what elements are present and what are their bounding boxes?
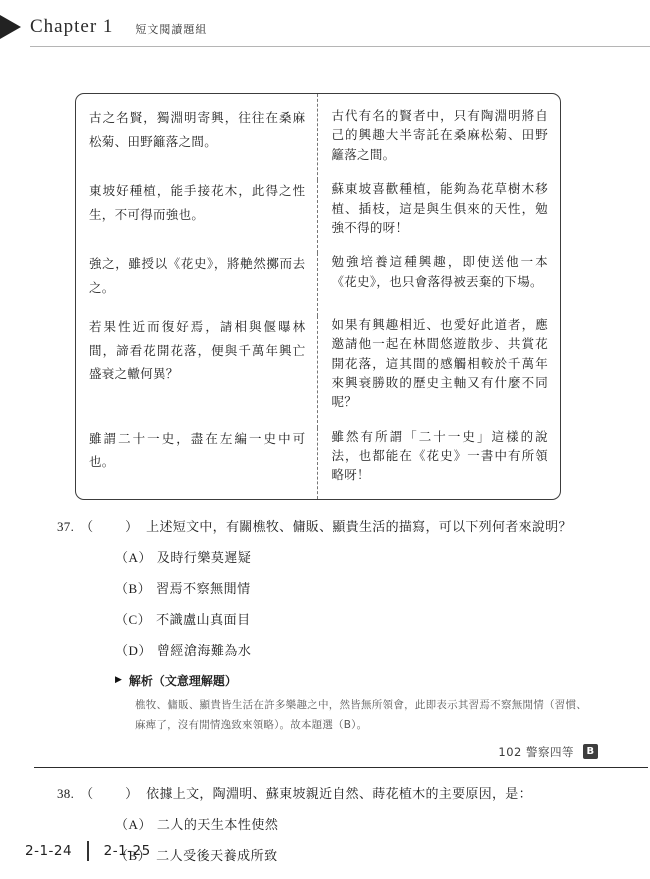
page-number-right: 2-1-25 bbox=[104, 843, 151, 859]
passage-classical: 東坡好種植，能手接花木，此得之性生，不可得而強也。 bbox=[76, 180, 318, 253]
passage-translation: 蘇東坡喜歡種植，能夠為花草樹木移植、插枝，這是與生俱來的天性，勉強不得的呀！ bbox=[318, 180, 560, 253]
option-label: （C） bbox=[115, 612, 151, 627]
passage-classical: 雖謂二十一史，盡在左編一史中可也。 bbox=[76, 428, 318, 499]
header-rule bbox=[30, 46, 650, 47]
option-label: （D） bbox=[115, 643, 152, 658]
option-label: （B） bbox=[115, 581, 151, 596]
passage-row: 雖謂二十一史，盡在左編一史中可也。 雖然有所謂「二十一史」這樣的說法，也都能在《… bbox=[76, 428, 560, 499]
analysis-body: 樵牧、傭販、顯貴皆生活在許多樂趣之中，然皆無所領會，此即表示其習焉不察無閒情（習… bbox=[135, 695, 587, 736]
question-stem-line: 38. （ ） 依據上文，陶淵明、蘇東坡親近自然、蒔花植木的主要原因，是： bbox=[57, 783, 598, 802]
option-label: （A） bbox=[115, 817, 152, 832]
section-divider bbox=[34, 767, 648, 768]
answer-blank: （ ） bbox=[80, 783, 140, 802]
option-b: （B）二人受後天養成所致 bbox=[115, 845, 598, 864]
option-a: （A）及時行樂莫遲疑 bbox=[115, 547, 598, 566]
option-text: 二人的天生本性使然 bbox=[157, 817, 279, 832]
passage-classical: 強之，雖授以《花史》，將艴然擲而去之。 bbox=[76, 253, 318, 316]
question-stem: 依據上文，陶淵明、蘇東坡親近自然、蒔花植木的主要原因，是： bbox=[146, 783, 532, 802]
passage-row: 東坡好種植，能手接花木，此得之性生，不可得而強也。 蘇東坡喜歡種植，能夠為花草樹… bbox=[76, 180, 560, 253]
chapter-label: Chapter 1 bbox=[30, 16, 113, 38]
analysis-title: 解析（文意理解題） bbox=[129, 672, 237, 689]
page-number-left: 2-1-24 bbox=[25, 843, 72, 859]
exam-source: 102 警察四等 bbox=[498, 744, 574, 760]
passage-translation: 雖然有所謂「二十一史」這樣的說法，也都能在《花史》一書中有所領略呀！ bbox=[318, 428, 560, 499]
question-stem: 上述短文中，有關樵牧、傭販、顯貴生活的描寫，可以下列何者來說明？ bbox=[146, 516, 572, 535]
option-text: 習焉不察無閒情 bbox=[156, 581, 251, 596]
option-label: （A） bbox=[115, 550, 152, 565]
chapter-arrow-icon bbox=[0, 15, 21, 39]
option-a: （A）二人的天生本性使然 bbox=[115, 814, 598, 833]
option-text: 不識盧山真面目 bbox=[156, 612, 251, 627]
question-stem-line: 37. （ ） 上述短文中，有關樵牧、傭販、顯貴生活的描寫，可以下列何者來說明？ bbox=[57, 516, 598, 535]
passage-translation: 古代有名的賢者中，只有陶淵明將自己的興趣大半寄託在桑麻松菊、田野籬落之間。 bbox=[318, 94, 560, 180]
analysis-arrow-icon: ▶ bbox=[115, 675, 122, 685]
passage-translation: 如果有興趣相近、也愛好此道者，應邀請他一起在林間悠遊散步、共賞花開花落，這其間的… bbox=[318, 316, 560, 428]
page-footer: 2-1-24 2-1-25 bbox=[25, 841, 151, 861]
option-c: （C）不識盧山真面目 bbox=[115, 609, 598, 628]
answer-blank: （ ） bbox=[80, 516, 140, 535]
passage-row: 若果性近而復好焉，請相與偃曝林間，諦看花開花落，便與千萬年興亡盛衰之轍何異？ 如… bbox=[76, 316, 560, 428]
option-text: 及時行樂莫遲疑 bbox=[157, 550, 252, 565]
chapter-header: Chapter 1 短文閱讀題組 bbox=[0, 0, 650, 39]
passage-table: 古之名賢，獨淵明寄興，往往在桑麻松菊、田野籬落之間。 古代有名的賢者中，只有陶淵… bbox=[75, 93, 561, 500]
source-line: 102 警察四等 B bbox=[57, 744, 598, 760]
option-d: （D）曾經滄海難為水 bbox=[115, 640, 598, 659]
answer-badge: B bbox=[583, 744, 598, 759]
chapter-title: 短文閱讀題組 bbox=[135, 21, 207, 37]
passage-classical: 古之名賢，獨淵明寄興，往往在桑麻松菊、田野籬落之間。 bbox=[76, 94, 318, 180]
passage-translation: 勉強培養這種興趣，即使送他一本《花史》，也只會落得被丟棄的下場。 bbox=[318, 253, 560, 316]
passage-classical: 若果性近而復好焉，請相與偃曝林間，諦看花開花落，便與千萬年興亡盛衰之轍何異？ bbox=[76, 316, 318, 428]
passage-row: 強之，雖授以《花史》，將艴然擲而去之。 勉強培養這種興趣，即使送他一本《花史》，… bbox=[76, 253, 560, 316]
analysis-heading: ▶ 解析（文意理解題） bbox=[115, 672, 598, 689]
question-number: 37. bbox=[57, 519, 74, 535]
option-text: 二人受後天養成所致 bbox=[156, 848, 278, 863]
question-number: 38. bbox=[57, 786, 74, 802]
option-text: 曾經滄海難為水 bbox=[157, 643, 252, 658]
option-b: （B）習焉不察無閒情 bbox=[115, 578, 598, 597]
footer-divider bbox=[87, 841, 89, 861]
question-37: 37. （ ） 上述短文中，有關樵牧、傭販、顯貴生活的描寫，可以下列何者來說明？… bbox=[57, 516, 598, 768]
passage-row: 古之名賢，獨淵明寄興，往往在桑麻松菊、田野籬落之間。 古代有名的賢者中，只有陶淵… bbox=[76, 94, 560, 180]
